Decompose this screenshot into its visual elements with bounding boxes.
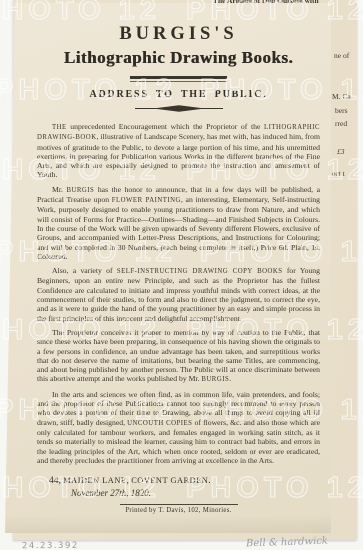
adjacent-page-fragment: rred: [335, 119, 347, 128]
double-rule: [130, 76, 227, 82]
broadside-document: BURGIS'S Lithographic Drawing Books. ADD…: [5, 3, 331, 533]
imprint-rule: [120, 504, 238, 505]
adjacent-page-fragment: bers: [335, 106, 348, 115]
paragraph: Also, a variety of SELF-INSTRUCTING DRAW…: [37, 266, 320, 323]
adjacent-page-fragment: ect t: [332, 169, 345, 178]
adjacent-page-fragment: M. Ca: [332, 92, 351, 101]
publisher-address: 44, MAIDEN LANE, COVENT GARDEN.: [37, 476, 320, 486]
document-title: BURGIS'S: [37, 24, 320, 45]
catalog-number-annotation: 24.23.392: [22, 541, 79, 550]
adjacent-page-fragment: £3: [337, 147, 345, 156]
publication-date: November 27th, 1820.: [71, 488, 320, 498]
body-text: THE unprecedented Encouragement which th…: [37, 122, 320, 465]
spindle-rule: [133, 104, 225, 113]
adjacent-page-fragment: ne of: [334, 51, 349, 60]
paragraph: In the arts and sciences we often find, …: [37, 390, 320, 465]
handwritten-inscription: Bell & hardwick: [246, 536, 328, 550]
paragraph: THE unprecedented Encouragement which th…: [37, 122, 320, 180]
scanned-photo: The Arming of Don Quixote with Skins. ne…: [0, 0, 363, 550]
document-subtitle: Lithographic Drawing Books.: [37, 48, 320, 68]
paragraph: The Proprietor conceives it proper to me…: [37, 328, 320, 385]
paragraph: Mr. BURGIS has the honor to announce, th…: [37, 185, 320, 261]
section-heading: ADDRESS TO THE PUBLIC.: [37, 89, 320, 100]
printer-imprint: Printed by T. Davis, 102, Minories.: [37, 507, 320, 514]
